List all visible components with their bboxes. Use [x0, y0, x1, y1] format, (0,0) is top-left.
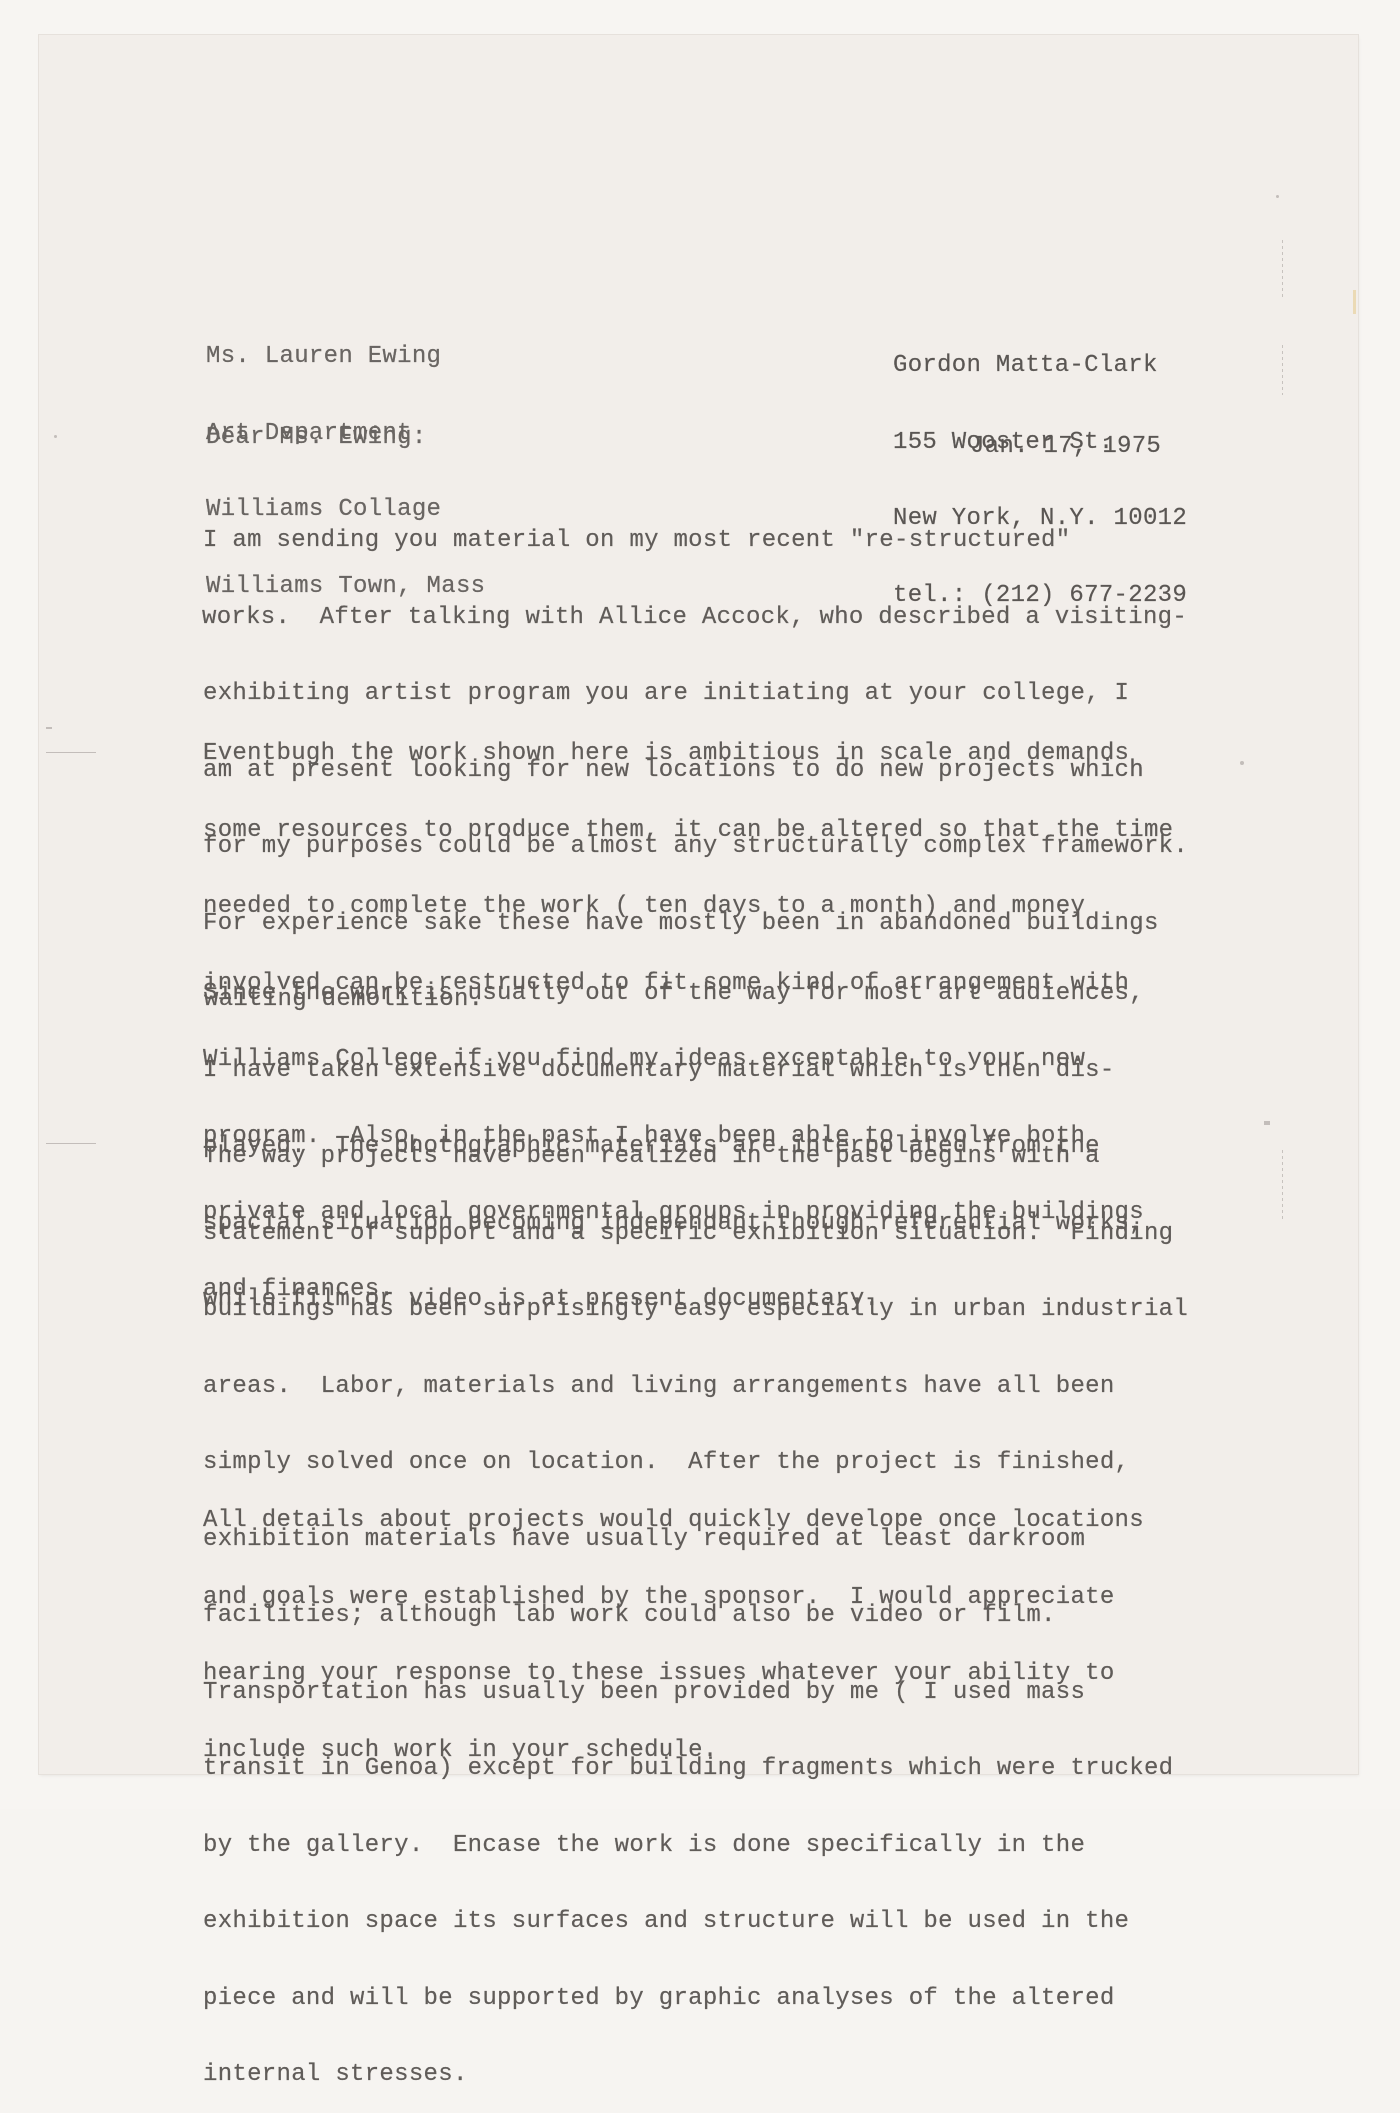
body-paragraph: All details about projects would quickly…: [203, 1457, 1144, 1789]
margin-mark: [46, 1143, 96, 1144]
paragraph-line: I have taken extensive documentary mater…: [203, 1058, 1144, 1084]
paragraph-line: areas. Labor, materials and living arran…: [203, 1374, 1188, 1400]
paragraph-line: some resources to produce them, it can b…: [203, 818, 1173, 844]
paragraph-line: needed to complete the work ( ten days t…: [203, 894, 1173, 920]
letter-date: Jan. 17, 1975: [970, 434, 1161, 460]
paragraph-line: hearing your response to these issues wh…: [203, 1661, 1144, 1687]
paragraph-line: include such work in your schedule.: [203, 1738, 1144, 1764]
margin-mark: [46, 727, 52, 729]
margin-rule: [1282, 1150, 1283, 1220]
paragraph-line: statement of support and a specific exhi…: [203, 1221, 1188, 1247]
recipient-line: Ms. Lauren Ewing: [206, 344, 485, 370]
margin-rule: [1282, 240, 1283, 300]
margin-mark: [46, 752, 96, 753]
paragraph-line: I am sending you material on my most rec…: [203, 528, 1188, 554]
margin-mark: [1276, 195, 1279, 198]
sender-line: Gordon Matta-Clark: [893, 353, 1187, 379]
paragraph-line: The way projects have been realized in t…: [203, 1144, 1188, 1170]
paragraph-line: buildings has been surprisingly easy esp…: [203, 1297, 1188, 1323]
paragraph-line: All details about projects would quickly…: [203, 1508, 1144, 1534]
paragraph-line: works. After talking with Allice Accock,…: [202, 605, 1187, 631]
paragraph-line: and goals were established by the sponso…: [203, 1585, 1144, 1611]
margin-mark: [54, 435, 57, 438]
margin-mark: [1264, 1121, 1270, 1125]
margin-rule: [1282, 345, 1283, 395]
salutation: Dear Ms. Ewing:: [206, 425, 427, 451]
margin-mark: [1240, 761, 1244, 765]
paragraph-line: Since the work is usually out of the way…: [203, 981, 1144, 1007]
paragraph-line: Eventbugh the work shown here is ambitio…: [203, 741, 1173, 767]
paper-stain: [1353, 290, 1356, 314]
